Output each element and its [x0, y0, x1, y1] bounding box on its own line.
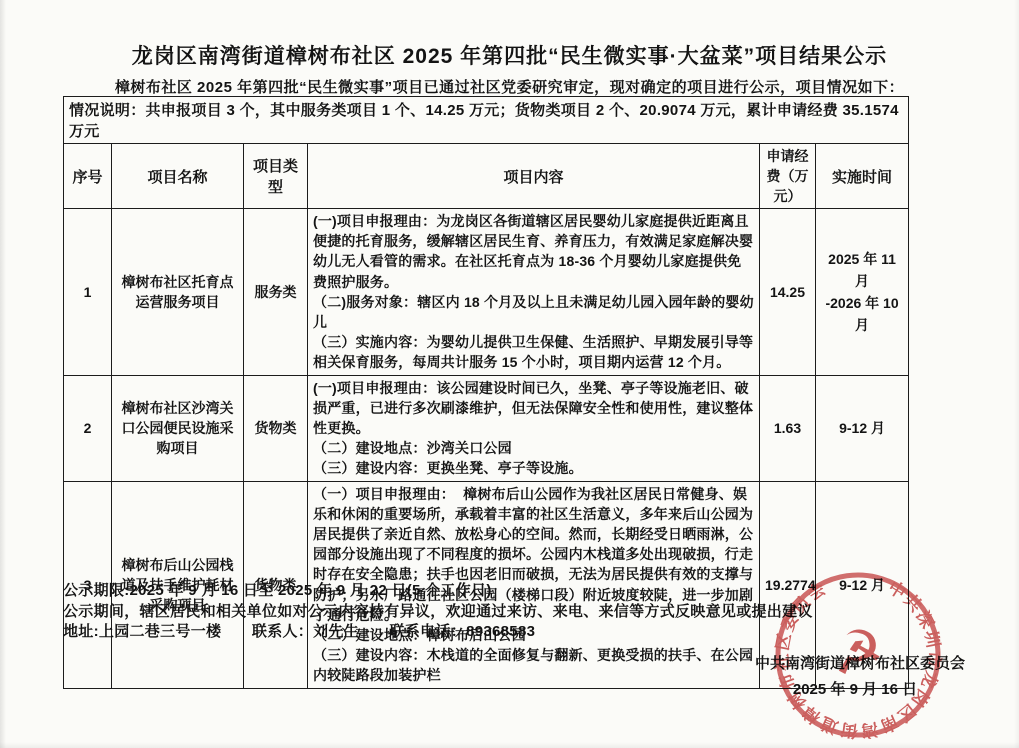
row-project-name: 樟树布社区沙湾关口公园便民设施采购项目	[112, 375, 244, 481]
row-fee: 1.63	[760, 375, 816, 481]
summary-text: 情况说明：共申报项目 3 个，其中服务类项目 1 个、14.25 万元；货物类项…	[64, 97, 909, 144]
col-header-no: 序号	[64, 144, 112, 209]
table-summary-row: 情况说明：共申报项目 3 个，其中服务类项目 1 个、14.25 万元；货物类项…	[64, 97, 909, 144]
row-project-name: 樟树布社区托育点运营服务项目	[112, 209, 244, 376]
official-seal-stamp: 中共深圳市龙岗区南湾街道樟树布社区委员会 ☭	[760, 557, 957, 748]
table-row: 2 樟树布社区沙湾关口公园便民设施采购项目 货物类 (一)项目申报理由：该公园建…	[64, 375, 909, 481]
row-fee: 14.25	[760, 209, 816, 376]
row-project-type: 服务类	[244, 209, 308, 376]
row-time: 2025 年 11 月 -2026 年 10 月	[816, 209, 909, 376]
row-time: 9-12 月	[816, 375, 909, 481]
page-title: 龙岗区南湾街道樟树布社区 2025 年第四批“民生微实事·大盆菜”项目结果公示	[0, 40, 1019, 70]
row-no: 2	[64, 375, 112, 481]
col-header-fee: 申请经费（万元）	[760, 144, 816, 209]
row-no: 1	[64, 209, 112, 376]
col-header-type: 项目类型	[244, 144, 308, 209]
table-header-row: 序号 项目名称 项目类型 项目内容 申请经费（万元） 实施时间	[64, 144, 909, 209]
hammer-sickle-icon: ☭	[827, 617, 888, 689]
table-row: 1 樟树布社区托育点运营服务项目 服务类 (一)项目申报理由：为龙岗区各街道辖区…	[64, 209, 909, 376]
row-project-type: 货物类	[244, 375, 308, 481]
col-header-name: 项目名称	[112, 144, 244, 209]
page-subtitle: 樟树布社区 2025 年第四批“民生微实事”项目已通过社区党委研究审定，现对确定…	[0, 76, 1019, 97]
row-project-content: (一)项目申报理由：为龙岗区各街道辖区居民婴幼儿家庭提供近距离且便捷的托育服务，…	[308, 209, 760, 376]
col-header-time: 实施时间	[816, 144, 909, 209]
col-header-content: 项目内容	[308, 144, 760, 209]
row-project-content: (一)项目申报理由：该公园建设时间已久，坐凳、亭子等设施老旧、破损严重，已进行多…	[308, 375, 760, 481]
